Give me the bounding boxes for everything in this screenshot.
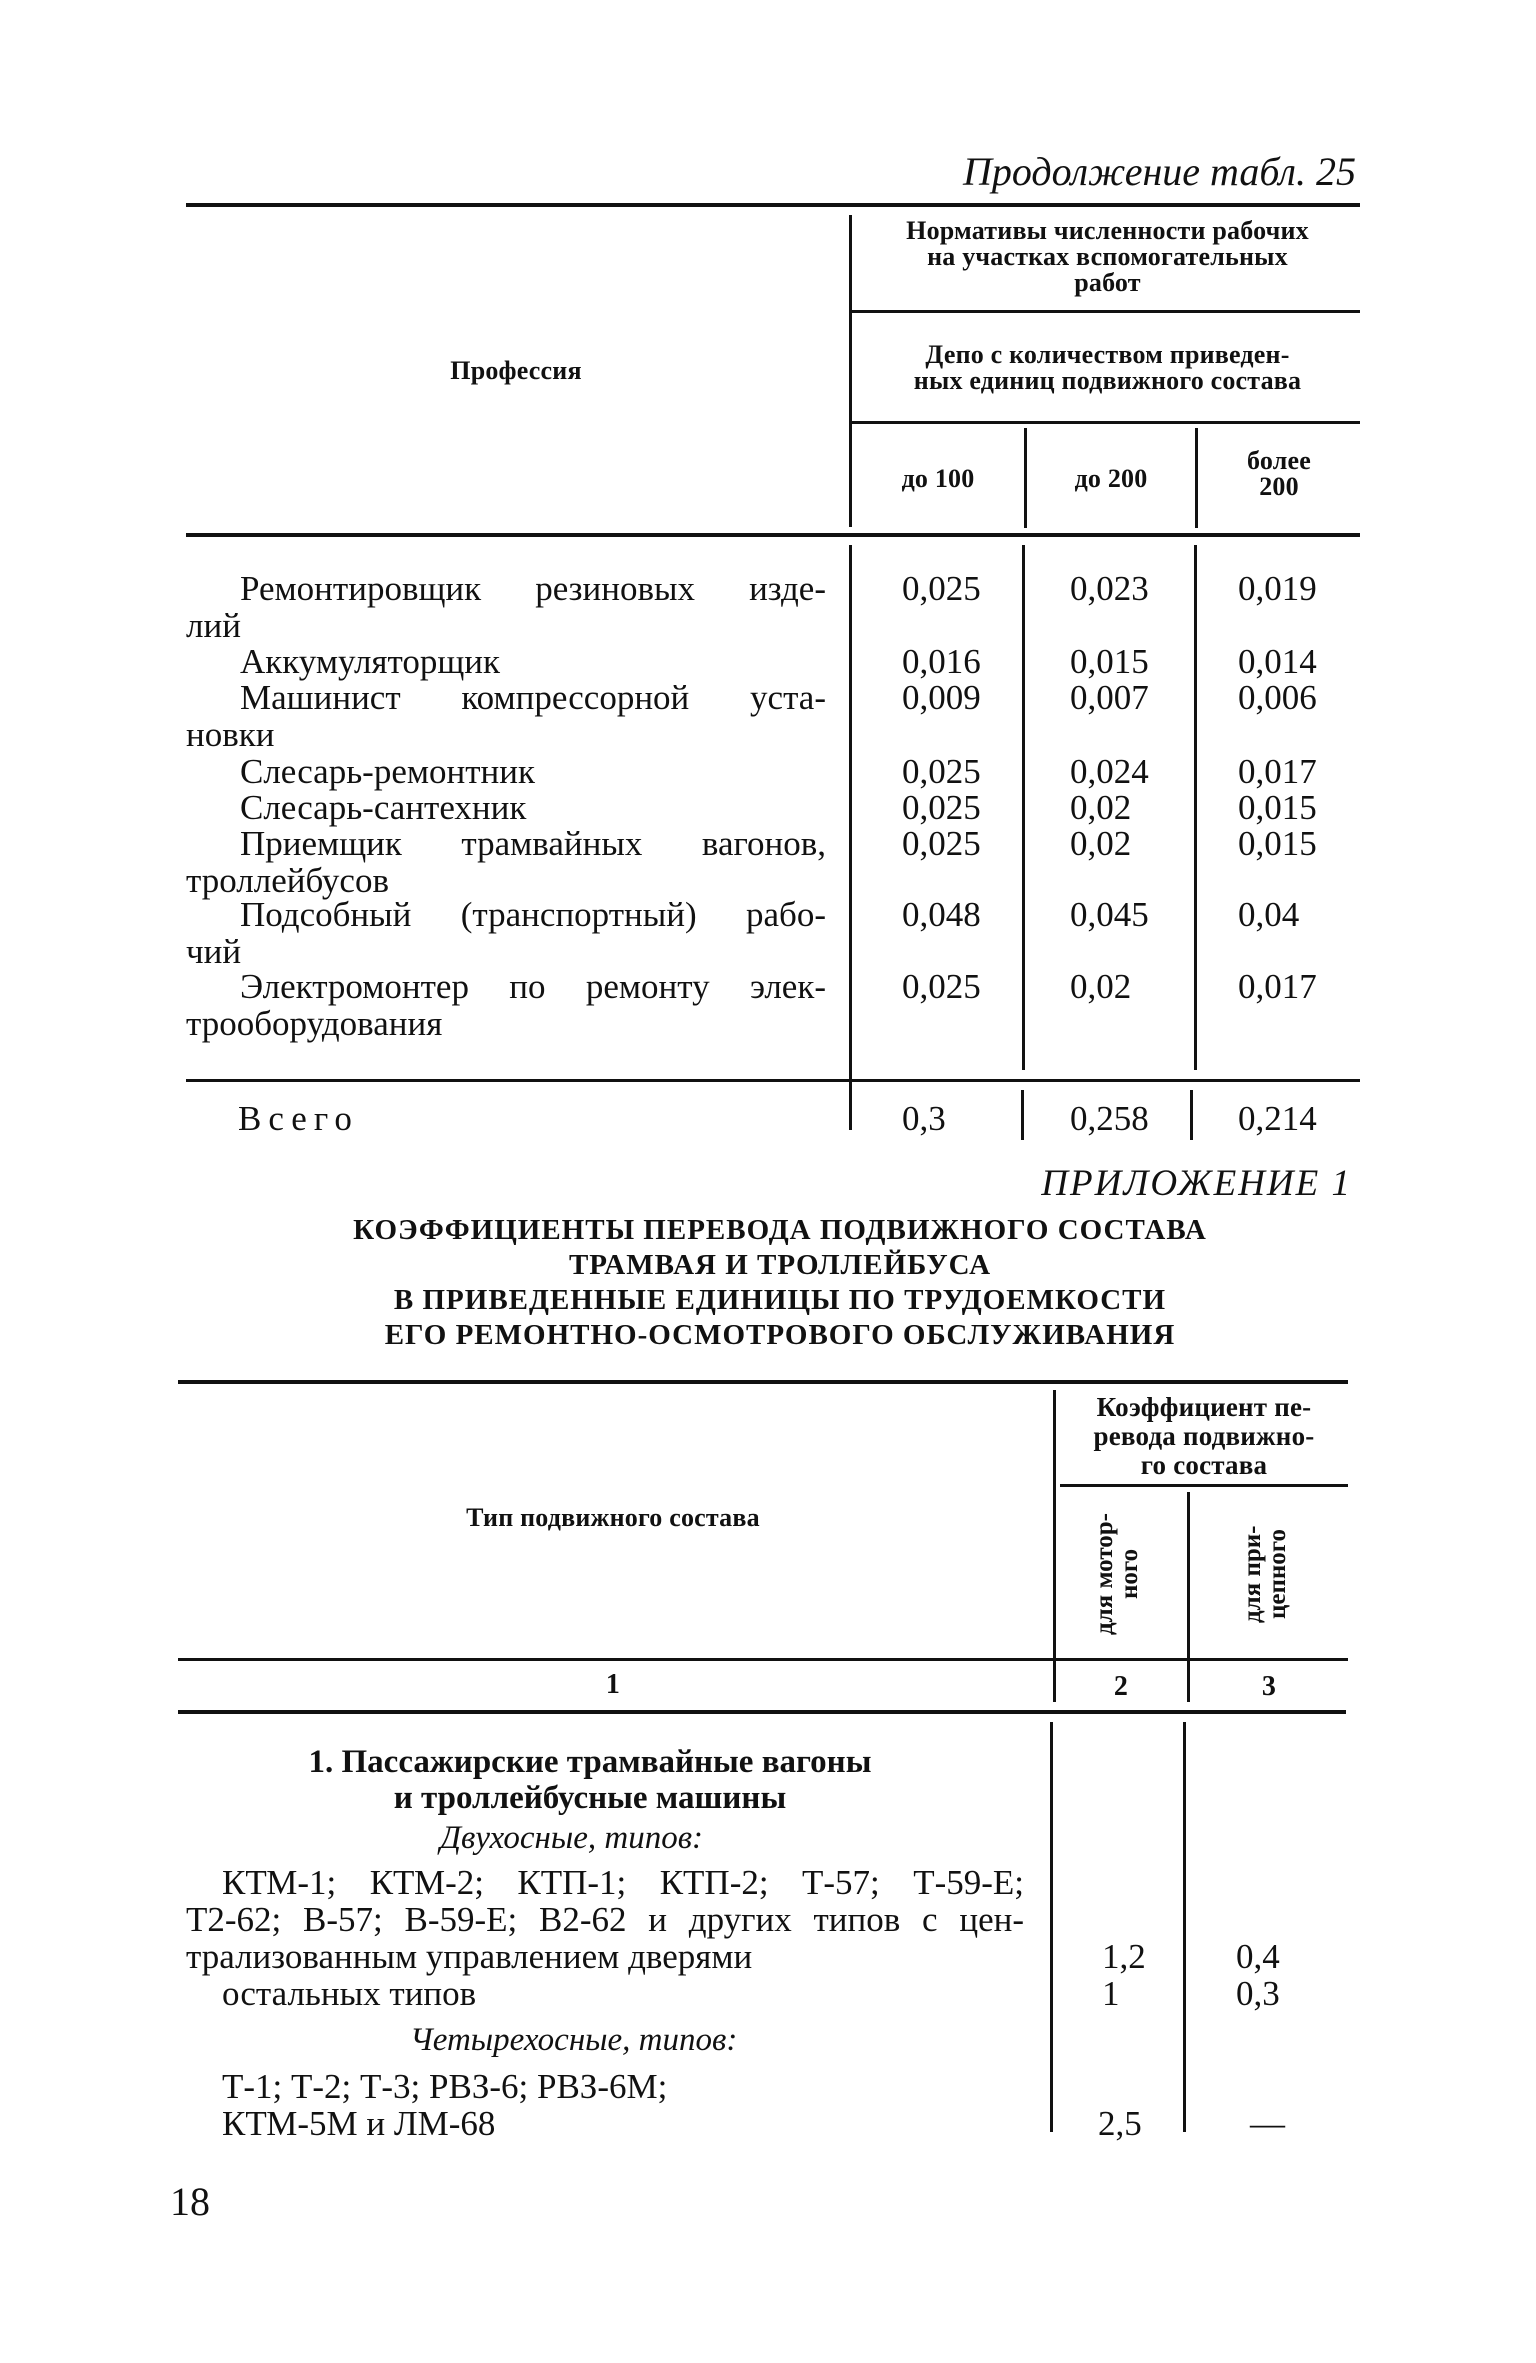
- header-col-label: более: [1198, 448, 1360, 474]
- value-cell: 0,02: [1070, 825, 1131, 862]
- table-row: Слесарь-сантехник: [186, 789, 826, 826]
- column-divider-3-total: [1190, 1090, 1193, 1140]
- profession-name-cont: новки: [186, 716, 826, 753]
- column-divider-3-body: [1194, 545, 1197, 1070]
- header-group-depot-line: ных единиц подвижного состава: [855, 368, 1360, 394]
- appendix-title-line: В ПРИВЕДЕННЫЕ ЕДИНИЦЫ ПО ТРУДОЕМКОСТИ: [300, 1283, 1260, 1318]
- header-bottom-rule: [186, 533, 1360, 537]
- total-rule: [186, 1079, 1360, 1082]
- table-row: Электромонтер по ремонту элек- трооборуд…: [186, 968, 826, 1042]
- appendix-divider-sub: [1187, 1492, 1190, 1702]
- profession-name-cont: трооборудования: [186, 1005, 826, 1042]
- header-group-norms: Нормативы численности рабочих на участка…: [855, 218, 1360, 296]
- rolling-stock-types-line: Т-1; Т-2; Т-3; РВЗ-6; РВЗ-6М;: [222, 2068, 667, 2105]
- rolling-stock-types-line: Т2-62; В-57; В-59-Е; В2-62 и других типо…: [186, 1901, 1024, 1938]
- value-cell: 0,02: [1070, 789, 1131, 826]
- appendix-table-top-rule: [178, 1380, 1348, 1384]
- profession-name: Ремонтировщик резиновых изде-: [186, 570, 826, 607]
- value-cell: 0,023: [1070, 570, 1149, 607]
- value-cell: 0,048: [902, 896, 981, 933]
- value-cell: 0,024: [1070, 753, 1149, 790]
- appendix-label: ПРИЛОЖЕНИЕ 1: [1041, 1162, 1352, 1205]
- column-divider-2-total: [1021, 1090, 1024, 1140]
- appendix-title-line: ЕГО РЕМОНТНО-ОСМОТРОВОГО ОБСЛУЖИВАНИЯ: [300, 1318, 1260, 1353]
- header-trailer: для при- цепного: [1240, 1496, 1300, 1652]
- appendix-header-group-rule: [1060, 1484, 1348, 1487]
- coef-trailer: —: [1250, 2105, 1285, 2142]
- table-row: Приемщик трамвайных вагонов, троллейбусо…: [186, 825, 826, 899]
- coef-trailer: 0,4: [1236, 1938, 1280, 1975]
- subsection-four-axle: Четырехосные, типов:: [410, 2022, 737, 2059]
- header-rolling-stock-type: Тип подвижного состава: [178, 1505, 1048, 1531]
- profession-name: Аккумуляторщик: [186, 643, 826, 680]
- table-row: Аккумуляторщик: [186, 643, 826, 680]
- profession-name: Электромонтер по ремонту элек-: [186, 968, 826, 1005]
- profession-name: Приемщик трамвайных вагонов,: [186, 825, 826, 862]
- total-value: 0,214: [1238, 1100, 1317, 1137]
- appendix-header-bottom-rule: [178, 1658, 1348, 1661]
- table-top-rule: [186, 203, 1360, 207]
- value-cell: 0,006: [1238, 679, 1317, 716]
- value-cell: 0,017: [1238, 968, 1317, 1005]
- section-title: 1. Пассажирские трамвайные вагоны и трол…: [240, 1744, 940, 1816]
- value-cell: 0,045: [1070, 896, 1149, 933]
- value-cell: 0,04: [1238, 896, 1299, 933]
- table-row: Слесарь-ремонтник: [186, 753, 826, 790]
- coef-motor: 1,2: [1102, 1938, 1146, 1975]
- header-motor: для мотор- ного: [1092, 1496, 1152, 1652]
- header-trailer-line: цепного: [1265, 1496, 1290, 1652]
- profession-name: Слесарь-сантехник: [186, 789, 826, 826]
- value-cell: 0,025: [902, 789, 981, 826]
- appendix-title-line: ТРАМВАЯ И ТРОЛЛЕЙБУСА: [300, 1248, 1260, 1283]
- header-col-upto-100: до 100: [852, 466, 1024, 492]
- rolling-stock-types-line: КТМ-1; КТМ-2; КТП-1; КТП-2; Т-57; Т-59-Е…: [186, 1864, 1024, 1901]
- total-value: 0,258: [1070, 1100, 1149, 1137]
- appendix-title-line: КОЭФФИЦИЕНТЫ ПЕРЕВОДА ПОДВИЖНОГО СОСТАВА: [300, 1213, 1260, 1248]
- colnum-2: 2: [1056, 1674, 1186, 1700]
- value-cell: 0,007: [1070, 679, 1149, 716]
- list-item: Т-1; Т-2; Т-3; РВЗ-6; РВЗ-6М; КТМ-5М и Л…: [222, 2068, 667, 2142]
- appendix-divider-main-body: [1050, 1722, 1053, 2132]
- list-item: остальных типов: [222, 1975, 476, 2012]
- appendix-colnum-rule: [178, 1710, 1346, 1714]
- column-divider-main-body: [849, 545, 852, 1130]
- header-col-label: 200: [1198, 474, 1360, 500]
- appendix-title: КОЭФФИЦИЕНТЫ ПЕРЕВОДА ПОДВИЖНОГО СОСТАВА…: [300, 1213, 1260, 1353]
- appendix-divider-sub-body: [1183, 1722, 1186, 2132]
- header-col-label: до 100: [852, 466, 1024, 492]
- column-divider-2-body: [1022, 545, 1025, 1070]
- table-row: Подсобный (транспортный) рабо- чий: [186, 896, 826, 970]
- profession-name-cont: чий: [186, 933, 826, 970]
- header-col-over-200: более 200: [1198, 448, 1360, 500]
- colnum-3: 3: [1190, 1674, 1348, 1700]
- coef-trailer: 0,3: [1236, 1975, 1280, 2012]
- value-cell: 0,015: [1070, 643, 1149, 680]
- header-motor-line: ного: [1117, 1496, 1142, 1652]
- header-motor-line: для мотор-: [1092, 1496, 1117, 1652]
- value-cell: 0,017: [1238, 753, 1317, 790]
- value-cell: 0,009: [902, 679, 981, 716]
- value-cell: 0,02: [1070, 968, 1131, 1005]
- header-coefficient-line: ревода подвижно-: [1060, 1422, 1348, 1451]
- value-cell: 0,025: [902, 753, 981, 790]
- value-cell: 0,015: [1238, 789, 1317, 826]
- header-profession: Профессия: [186, 358, 846, 384]
- profession-name-cont: лий: [186, 607, 826, 644]
- header-trailer-line: для при-: [1240, 1496, 1265, 1652]
- header-group-norms-line: на участках вспомогательных: [855, 244, 1360, 270]
- header-group-depot-line: Депо с количеством приведен-: [855, 342, 1360, 368]
- table-row: Машинист компрессорной уста- новки: [186, 679, 826, 753]
- header-rule-1: [852, 310, 1360, 313]
- coef-motor: 1: [1102, 1975, 1120, 2012]
- header-coefficient-line: го состава: [1060, 1451, 1348, 1480]
- section-title-line: 1. Пассажирские трамвайные вагоны: [240, 1744, 940, 1780]
- header-group-norms-line: работ: [855, 270, 1360, 296]
- value-cell: 0,025: [902, 968, 981, 1005]
- value-cell: 0,019: [1238, 570, 1317, 607]
- value-cell: 0,016: [902, 643, 981, 680]
- appendix-divider-main: [1053, 1390, 1056, 1702]
- header-col-label: до 200: [1027, 466, 1195, 492]
- profession-name: Слесарь-ремонтник: [186, 753, 826, 790]
- total-label: Всего: [238, 1100, 359, 1137]
- header-group-depot: Депо с количеством приведен- ных единиц …: [855, 342, 1360, 394]
- header-coefficient-line: Коэффициент пе-: [1060, 1393, 1348, 1422]
- header-coefficient-group: Коэффициент пе- ревода подвижно- го сост…: [1060, 1393, 1348, 1480]
- table-continuation-caption: Продолжение табл. 25: [963, 148, 1356, 195]
- table-row: Ремонтировщик резиновых изде- лий: [186, 570, 826, 644]
- coef-motor: 2,5: [1098, 2105, 1142, 2142]
- profession-name-cont: троллейбусов: [186, 862, 826, 899]
- value-cell: 0,025: [902, 570, 981, 607]
- total-value: 0,3: [902, 1100, 946, 1137]
- header-group-norms-line: Нормативы численности рабочих: [855, 218, 1360, 244]
- list-item: КТМ-1; КТМ-2; КТП-1; КТП-2; Т-57; Т-59-Е…: [186, 1864, 1024, 1975]
- header-rule-2: [852, 421, 1360, 424]
- page-number: 18: [170, 2178, 210, 2225]
- value-cell: 0,014: [1238, 643, 1317, 680]
- section-title-line: и троллейбусные машины: [240, 1780, 940, 1816]
- value-cell: 0,015: [1238, 825, 1317, 862]
- profession-name: Машинист компрессорной уста-: [186, 679, 826, 716]
- rolling-stock-types-line: трализованным управлением дверями: [186, 1938, 1024, 1975]
- subsection-two-axle: Двухосные, типов:: [440, 1820, 703, 1857]
- value-cell: 0,025: [902, 825, 981, 862]
- rolling-stock-types-line: КТМ-5М и ЛМ-68: [222, 2105, 667, 2142]
- profession-name: Подсобный (транспортный) рабо-: [186, 896, 826, 933]
- header-col-upto-200: до 200: [1027, 466, 1195, 492]
- colnum-1: 1: [178, 1672, 1048, 1698]
